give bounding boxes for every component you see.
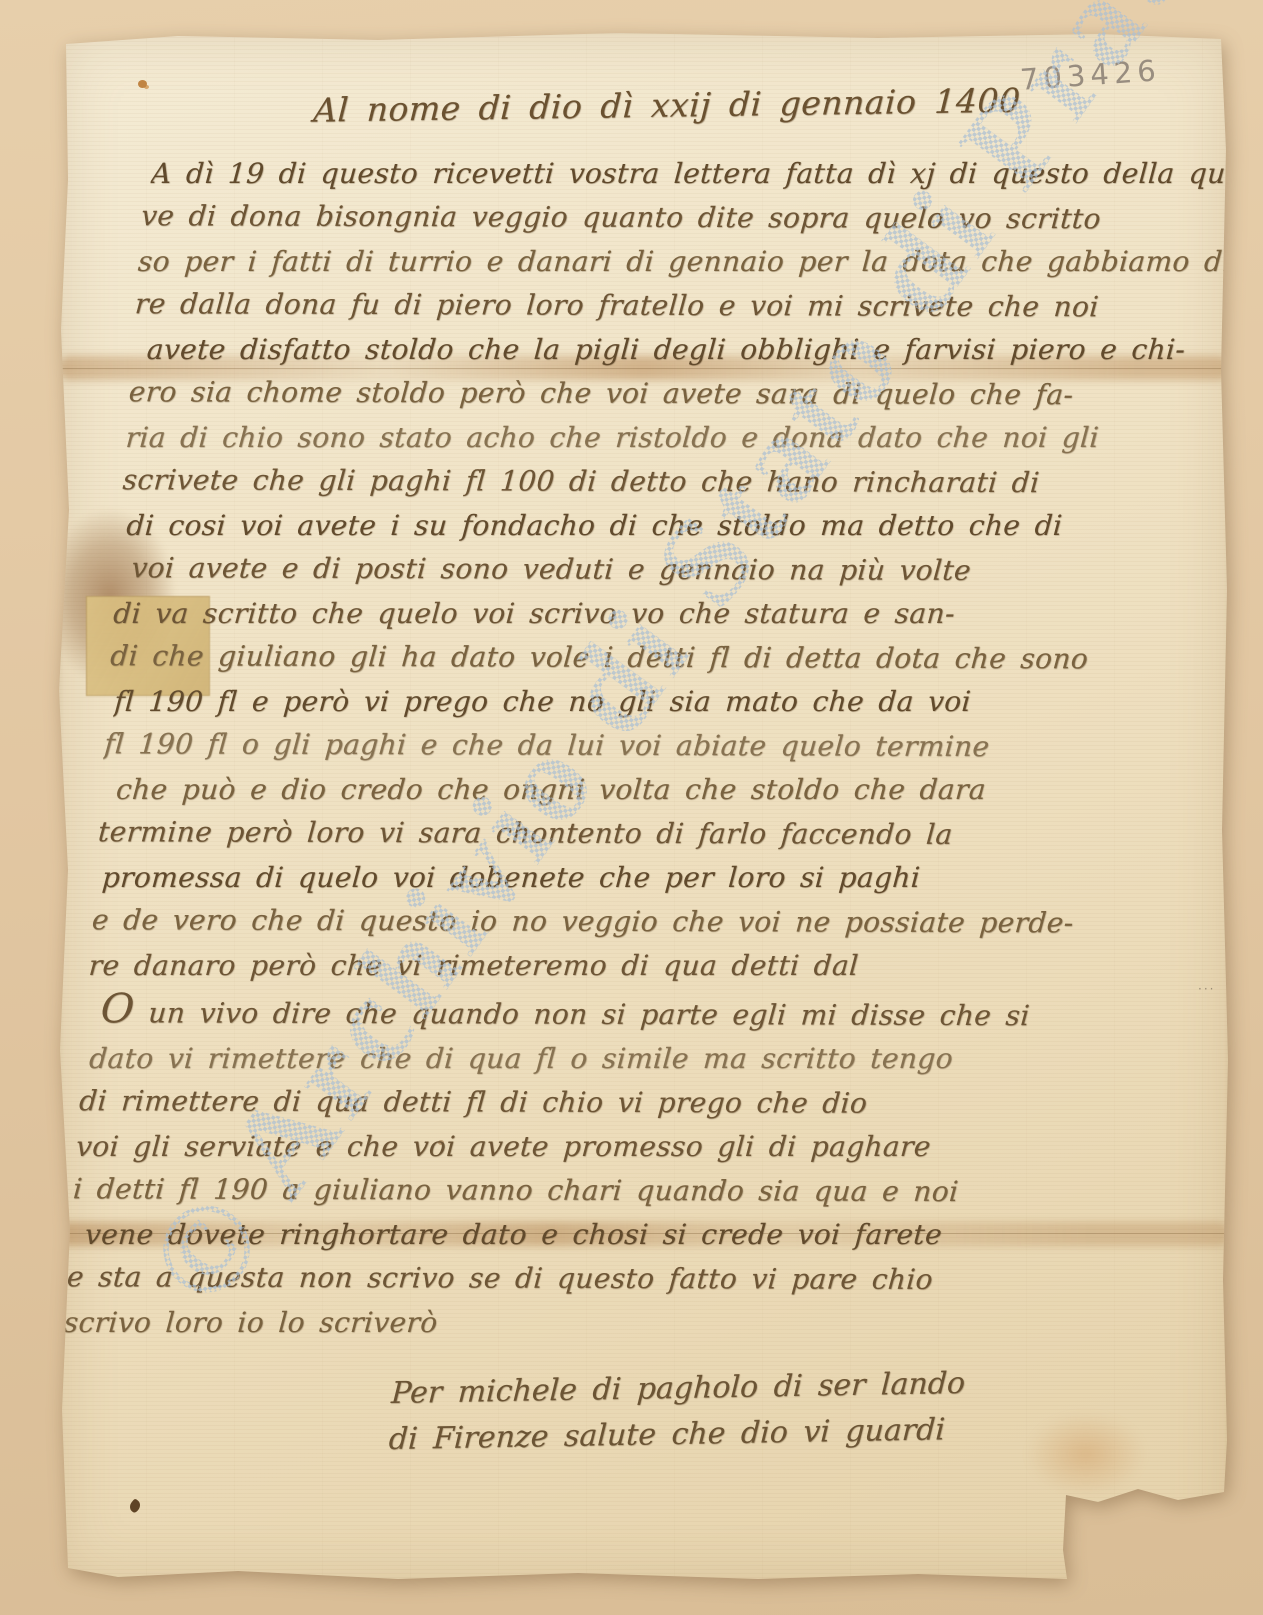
paper-surface: ··· 703426 Al nome di dio dì xxij di gen… xyxy=(58,30,1230,1586)
letter-line: e de vero che di questo io no veggio che… xyxy=(90,898,1205,945)
letter-line: dato vi rimettere che di qua fl o simile… xyxy=(88,1037,1196,1081)
scanned-letter: ··· 703426 Al nome di dio dì xxij di gen… xyxy=(0,0,1263,1615)
letter-line: avete disfatto stoldo che la pigli degli… xyxy=(145,328,1245,372)
letter-line: so per i fatti di turrio e danari di gen… xyxy=(136,240,1251,284)
paper-sheet: ··· 703426 Al nome di dio dì xxij di gen… xyxy=(58,30,1230,1586)
ink-speck xyxy=(127,1498,142,1514)
letter-line: scrivo loro io lo scriverò xyxy=(62,1301,1177,1345)
letter-line: voi gli serviate e che voi avete promess… xyxy=(75,1125,1190,1169)
letter-line: re danaro però che vi rimeteremo di qua … xyxy=(87,944,1202,988)
letter-line: re dalla dona fu di piero loro fratello … xyxy=(133,282,1248,329)
letter-line: A dì 19 di questo ricevetti vostra lette… xyxy=(150,152,1258,196)
letter-heading: Al nome di dio dì xxij di gennaio 1400 xyxy=(57,78,1231,133)
letter-line: scrivete che gli paghi fl 100 di detto c… xyxy=(121,458,1236,505)
signature-block: Per michele di pagholo di ser lando di F… xyxy=(388,1361,967,1463)
letter-line: di cosi voi avete i su fondacho di che s… xyxy=(125,504,1233,548)
letter-line: termine però loro vi sara chontento di f… xyxy=(97,810,1212,857)
letter-line: vene dovete ringhortare dato e chosi si … xyxy=(83,1213,1183,1257)
letter-line: ria di chio sono stato acho che ristoldo… xyxy=(124,416,1239,460)
paper-speck xyxy=(138,80,147,88)
letter-line: promessa di quelo voi dobenete che per l… xyxy=(100,856,1208,900)
letter-line: ve di dona bisongnia veggio quanto dite … xyxy=(140,194,1255,241)
corner-stain xyxy=(1026,1412,1146,1496)
letter-line: i detti fl 190 a giuliano vanno chari qu… xyxy=(72,1167,1187,1214)
letter-line: fl 190 fl e però vi prego che no gli sia… xyxy=(113,680,1221,724)
signature-line: di Firenze salute che dio vi guardi xyxy=(388,1407,964,1463)
letter-line: voi avete e di posti sono veduti e genna… xyxy=(130,546,1230,593)
letter-body: A dì 19 di questo ricevetti vostra lette… xyxy=(62,152,1257,1345)
letter-line: ero sia chome stoldo però che voi avete … xyxy=(127,370,1242,417)
marginal-pencil-mark: ··· xyxy=(1198,982,1215,996)
letter-line: di rimettere di qua detti fl di chio vi … xyxy=(78,1079,1193,1126)
letter-line: di va scritto che quelo voi scrivo vo ch… xyxy=(112,592,1227,636)
letter-line: fl 190 fl o gli paghi e che da lui voi a… xyxy=(103,722,1218,769)
letter-line: e sta a questa non scrivo se di questo f… xyxy=(65,1255,1180,1302)
letter-line: di che giuliano gli ha dato vole i detti… xyxy=(109,634,1224,681)
letter-line: che può e dio credo che ongni volta che … xyxy=(115,768,1215,812)
letter-line: O un vivo dire che quando non si parte e… xyxy=(99,986,1199,1038)
